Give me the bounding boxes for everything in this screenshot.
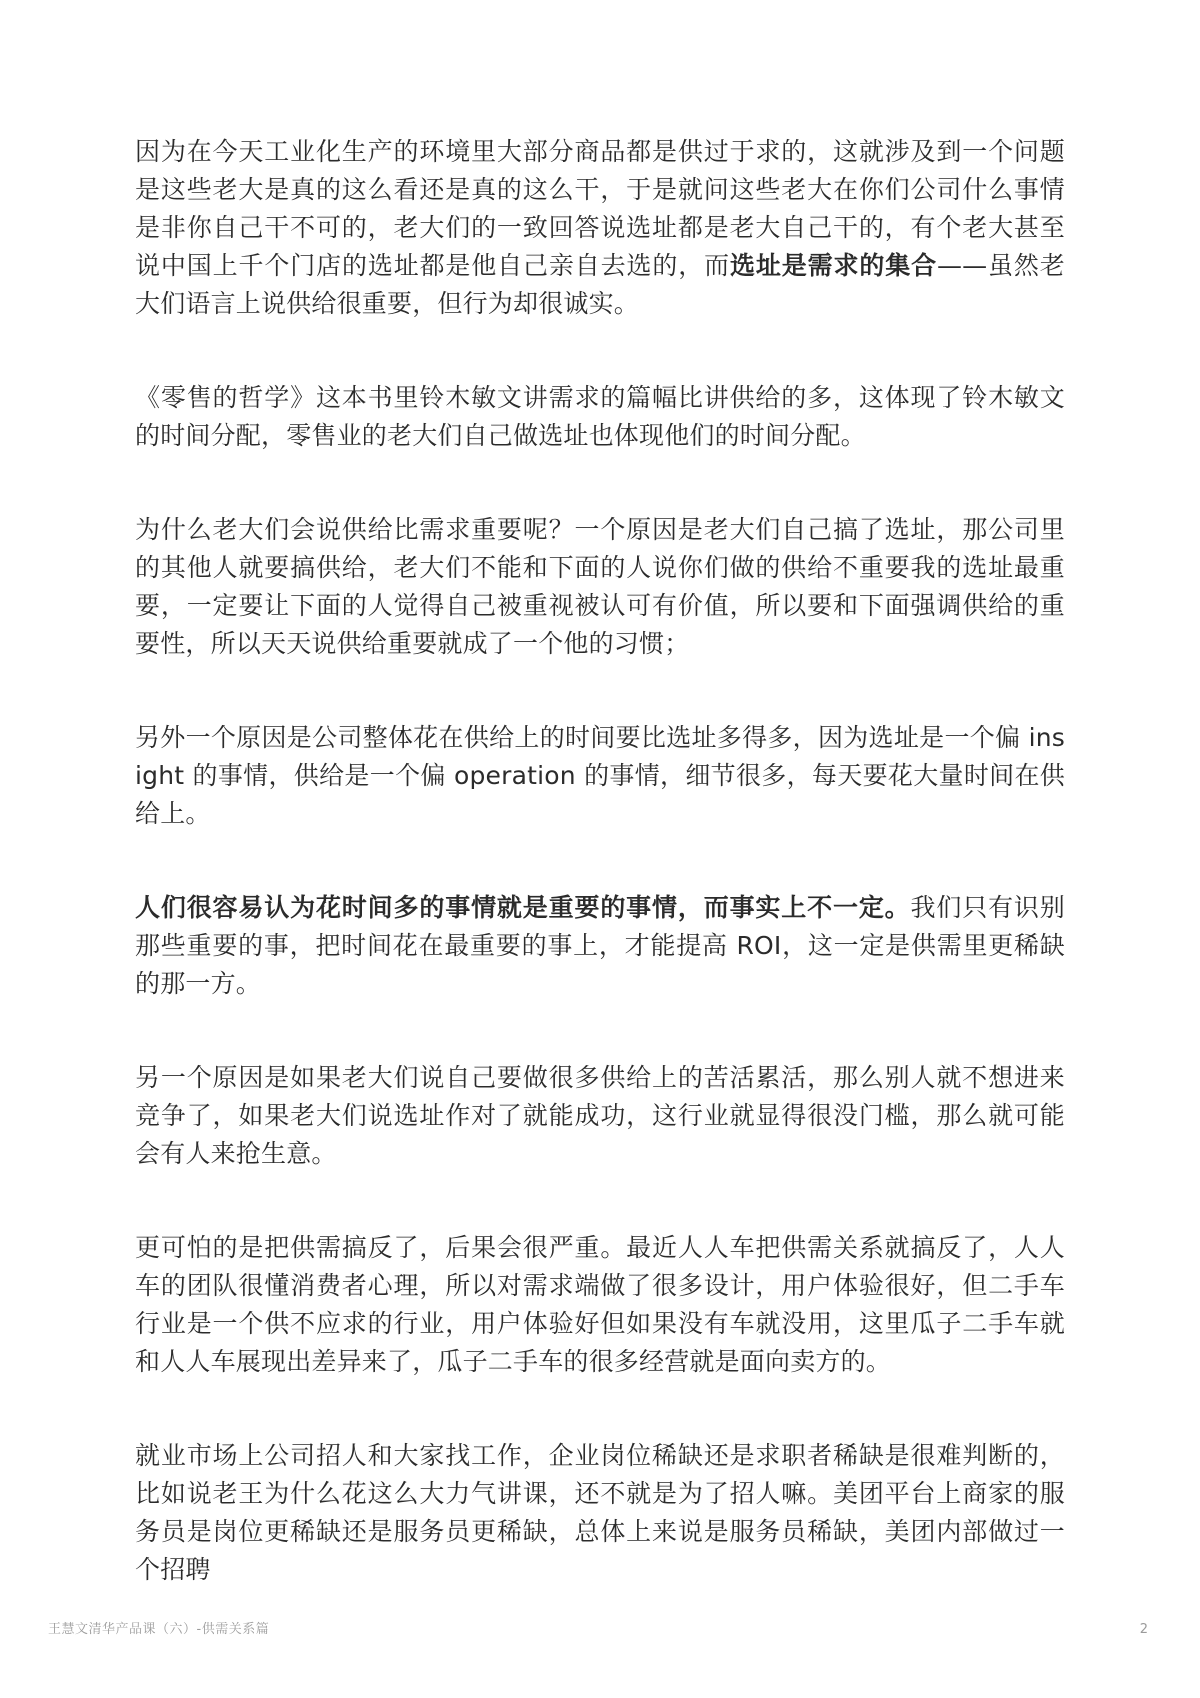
paragraph: 人们很容易认为花时间多的事情就是重要的事情，而事实上不一定。我们只有识别那些重要… <box>135 889 1065 1003</box>
bold-text-run: 人们很容易认为花时间多的事情就是重要的事情，而事实上不一定。 <box>135 893 911 922</box>
footer-document-title: 王慧文清华产品课（六）-供需关系篇 <box>48 1618 269 1637</box>
document-page: 因为在今天工业化生产的环境里大部分商品都是供过于求的，这就涉及到一个问题是这些老… <box>0 0 1200 1698</box>
paragraph: 另一个原因是如果老大们说自己要做很多供给上的苦活累活，那么别人就不想进来竞争了，… <box>135 1059 1065 1173</box>
text-run: 更可怕的是把供需搞反了，后果会很严重。最近人人车把供需关系就搞反了，人人车的团队… <box>135 1233 1065 1376</box>
page-number: 2 <box>1140 1622 1148 1637</box>
bold-text-run: 选址是需求的集合 <box>730 251 937 280</box>
text-run: 就业市场上公司招人和大家找工作，企业岗位稀缺还是求职者稀缺是很难判断的，比如说老… <box>135 1441 1065 1584</box>
paragraph: 就业市场上公司招人和大家找工作，企业岗位稀缺还是求职者稀缺是很难判断的，比如说老… <box>135 1437 1065 1589</box>
paragraph: 为什么老大们会说供给比需求重要呢？一个原因是老大们自己搞了选址，那公司里的其他人… <box>135 511 1065 663</box>
text-run: 另外一个原因是公司整体花在供给上的时间要比选址多得多，因为选址是一个偏 insi… <box>135 723 1065 828</box>
text-run: 《零售的哲学》这本书里铃木敏文讲需求的篇幅比讲供给的多，这体现了铃木敏文的时间分… <box>135 383 1065 450</box>
paragraph: 《零售的哲学》这本书里铃木敏文讲需求的篇幅比讲供给的多，这体现了铃木敏文的时间分… <box>135 379 1065 455</box>
paragraph: 另外一个原因是公司整体花在供给上的时间要比选址多得多，因为选址是一个偏 insi… <box>135 719 1065 833</box>
page-footer: 王慧文清华产品课（六）-供需关系篇 2 <box>48 1618 1148 1637</box>
text-run: 为什么老大们会说供给比需求重要呢？一个原因是老大们自己搞了选址，那公司里的其他人… <box>135 515 1065 658</box>
paragraph: 因为在今天工业化生产的环境里大部分商品都是供过于求的，这就涉及到一个问题是这些老… <box>135 133 1065 323</box>
text-run: 另一个原因是如果老大们说自己要做很多供给上的苦活累活，那么别人就不想进来竞争了，… <box>135 1063 1065 1168</box>
paragraph: 更可怕的是把供需搞反了，后果会很严重。最近人人车把供需关系就搞反了，人人车的团队… <box>135 1229 1065 1381</box>
document-content: 因为在今天工业化生产的环境里大部分商品都是供过于求的，这就涉及到一个问题是这些老… <box>135 133 1065 1645</box>
